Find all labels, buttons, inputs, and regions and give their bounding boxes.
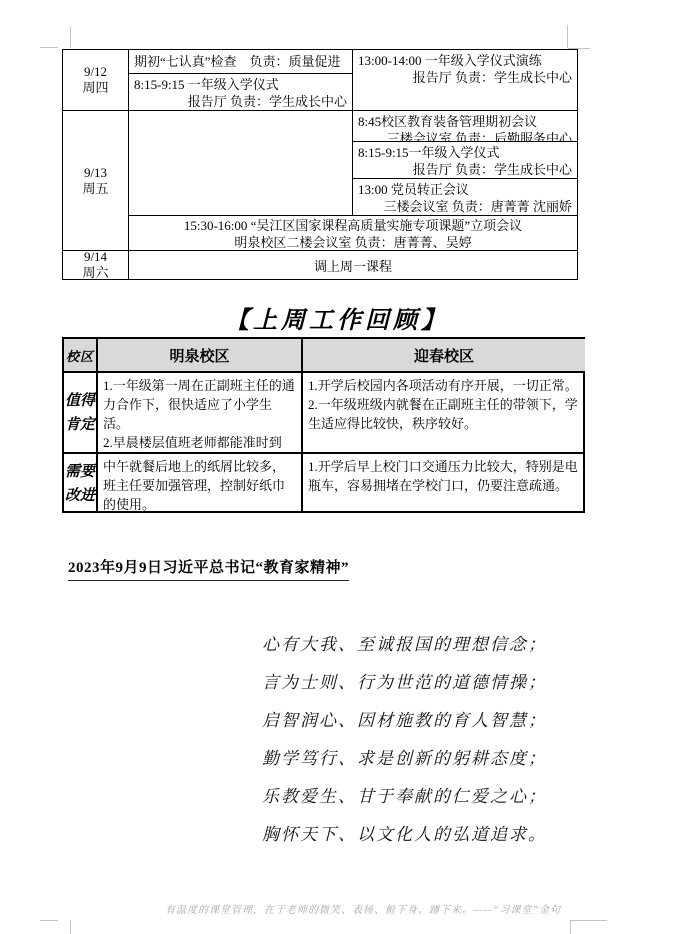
- improve-mingquan-cell: 中午就餐后地上的纸屑比较多，班主任要加强管理，控制好纸巾的使用。: [98, 454, 303, 513]
- date-914: 9/14: [84, 251, 107, 265]
- crop-mark-top-right-vertical: [567, 25, 568, 48]
- event-text: 13:00-14:00 一年级入学仪式演练: [358, 52, 572, 69]
- event-ceremony-rehearsal: 13:00-14:00 一年级入学仪式演练 报告厅 负责：学生成长中心: [353, 50, 577, 111]
- row-label-text: 值得: [65, 389, 95, 413]
- row-label-text: 需要: [65, 460, 95, 484]
- schedule-date-cell: 9/12 周四: [63, 50, 129, 111]
- event-project-approval-meeting: 15:30-16:00 “吴江区国家课程高质量实施专项课题”立项会议 明泉校区二…: [129, 216, 577, 251]
- last-week-review-table: 校区 明泉校区 迎春校区 值得 肯定 1.一年级第一周在正副班主任的通力合作下，…: [62, 337, 585, 513]
- event-entrance-ceremony-912: 8:15-9:15 一年级入学仪式 报告厅 负责：学生成长中心: [129, 74, 353, 111]
- educator-spirit-quote-block: 心有大我、至诚报国的理想信念； 言为士则、行为世范的道德情操； 启智润心、因材施…: [262, 630, 547, 858]
- weekday-saturday: 周六: [82, 265, 108, 279]
- event-location: 报告厅 负责：学生成长中心: [134, 93, 347, 110]
- praise-mingquan-cell: 1.一年级第一周在正副班主任的通力合作下，很快适应了小学生活。 2.早晨楼层值班…: [98, 373, 303, 454]
- event-location: 报告厅 负责：学生成长中心: [358, 161, 572, 178]
- event-location: 明泉校区二楼会议室 负责：唐菁菁、吴婷: [129, 234, 577, 251]
- spirit-section-heading: 2023年9月9日习近平总书记“教育家精神”: [68, 556, 349, 581]
- quote-line: 乐教爱生、甘于奉献的仁爱之心；: [262, 782, 547, 820]
- event-text: 13:00 党员转正会议: [358, 181, 572, 198]
- row-label-text: 改进: [65, 484, 95, 508]
- row-label-worth-affirming: 值得 肯定: [64, 373, 98, 454]
- event-location: 报告厅 负责：学生成长中心: [358, 69, 572, 86]
- quote-line: 言为士则、行为世范的道德情操；: [262, 668, 547, 706]
- crop-mark-bottom-right-vertical: [570, 920, 571, 934]
- event-entrance-ceremony-913: 8:15-9:15一年级入学仪式 报告厅 负责：学生成长中心: [353, 142, 577, 179]
- column-header-mingquan-campus: 明泉校区: [98, 339, 303, 373]
- event-monday-timetable-note: 调上周一课程: [129, 251, 577, 279]
- weekday-friday: 周五: [82, 181, 108, 197]
- column-header-campus: 校区: [64, 339, 98, 373]
- event-location: 三楼会议室 负责：后勤服务中心: [358, 130, 572, 142]
- event-text: 8:45校区教育装备管理期初会议: [358, 113, 572, 130]
- row-label-needs-improvement: 需要 改进: [64, 454, 98, 513]
- quote-line: 心有大我、至诚报国的理想信念；: [262, 630, 547, 668]
- schedule-date-cell: 9/14 周六: [63, 251, 129, 279]
- improve-yingchun-cell: 1.开学后早上校门口交通压力比较大，特别是电瓶车，容易拥堵在学校门口，仍要注意疏…: [303, 454, 585, 513]
- event-text: 期初“七认真”检查 负责：质量促进中心: [134, 54, 341, 74]
- quote-line: 胸怀天下、以文化人的弘道追求。: [262, 820, 547, 858]
- row-label-text: 肯定: [65, 413, 95, 437]
- crop-mark-bottom-right-horizontal: [570, 920, 607, 921]
- event-location: 三楼会议室 负责：唐菁菁 沈丽娇: [358, 198, 572, 215]
- schedule-date-cell: 9/13 周五: [63, 111, 129, 251]
- weekday-thursday: 周四: [82, 80, 108, 96]
- praise-yingchun-cell: 1.开学后校园内各项活动有序开展，一切正常。 2.一年级班级内就餐在正副班主任的…: [303, 373, 585, 454]
- crop-mark-bottom-left-vertical: [70, 920, 71, 934]
- event-quality-check: 期初“七认真”检查 负责：质量促进中心: [129, 50, 353, 74]
- crop-mark-top-left-horizontal: [40, 47, 58, 48]
- crop-mark-top-left-vertical: [70, 27, 71, 48]
- event-text: 15:30-16:00 “吴江区国家课程高质量实施专项课题”立项会议: [129, 217, 577, 234]
- quote-line: 启智润心、因材施教的育人智慧；: [262, 706, 547, 744]
- event-text: 调上周一课程: [314, 256, 392, 275]
- column-header-yingchun-campus: 迎春校区: [303, 339, 585, 373]
- footer-classroom-quote: 有温度的课堂管理，在于老师的微笑、表扬、俯下身、蹲下来。——“习课堂”金句: [147, 901, 579, 916]
- event-text: 8:15-9:15一年级入学仪式: [358, 144, 572, 161]
- section-title-last-week-review: 【上周工作回顾】: [0, 300, 674, 335]
- date-913: 9/13: [84, 165, 107, 181]
- event-equipment-meeting: 8:45校区教育装备管理期初会议 三楼会议室 负责：后勤服务中心: [353, 111, 577, 142]
- date-912: 9/12: [84, 64, 107, 80]
- quote-line: 勤学笃行、求是创新的躬耕态度；: [262, 744, 547, 782]
- event-party-meeting: 13:00 党员转正会议 三楼会议室 负责：唐菁菁 沈丽娇: [353, 179, 577, 216]
- crop-mark-bottom-left-horizontal: [40, 920, 58, 921]
- empty-cell: [129, 111, 353, 216]
- weekly-schedule-table: 9/12 周四 期初“七认真”检查 负责：质量促进中心 13:00-14:00 …: [62, 49, 578, 280]
- event-text: 8:15-9:15 一年级入学仪式: [134, 76, 347, 93]
